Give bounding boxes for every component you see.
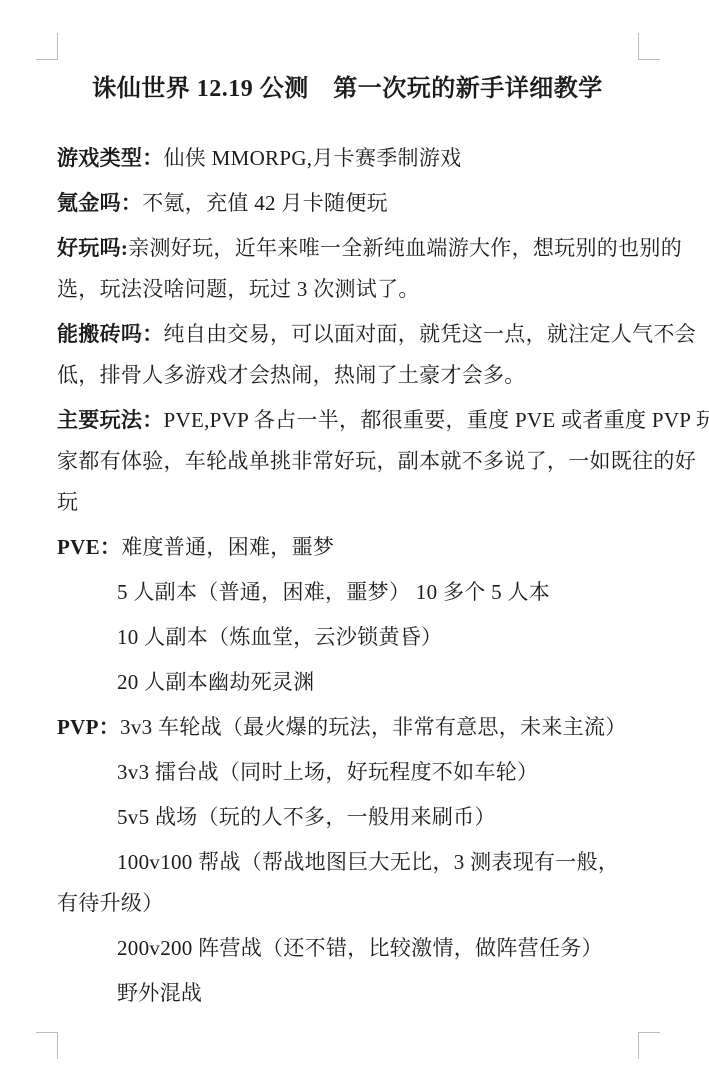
text-pve-dungeon-10: 10 人副本（炼血堂，云沙锁黄昏）: [117, 625, 442, 649]
text-pvp-guild-war-1: 100v100 帮战（帮战地图巨大无比，3 测表现有一般，: [117, 850, 619, 874]
text-fun-2: 选，玩法没啥问题，玩过 3 次测试了。: [57, 277, 420, 301]
text-gameplay-1: PVE,PVP 各占一半，都很重要，重度 PVE 或者重度 PVP 玩: [164, 408, 709, 432]
text-pvp-guild-war-2: 有待升级）: [57, 891, 164, 915]
line-pve-dungeon-20: 20 人副本幽劫死灵渊: [57, 662, 638, 703]
line-pvp-faction-war: 200v200 阵营战（还不错，比较激情，做阵营任务）: [57, 928, 638, 969]
text-farming-1: 纯自由交易，可以面对面，就凭这一点，就注定人气不会: [164, 322, 697, 346]
label-game-type: 游戏类型：: [57, 146, 164, 170]
line-farming-2: 低，排骨人多游戏才会热闹，热闹了土豪才会多。: [57, 355, 638, 396]
text-game-type: 仙侠 MMORPG,月卡赛季制游戏: [164, 146, 462, 170]
line-pvp-guild-war-2: 有待升级）: [57, 883, 638, 924]
label-pvp: PVP：: [57, 707, 120, 748]
page-title: 诛仙世界 12.19 公测 第一次玩的新手详细教学: [57, 69, 638, 110]
text-gameplay-3: 玩: [57, 490, 78, 514]
label-krypton: 氪金吗：: [57, 191, 142, 215]
text-pve-difficulty: 难度普通，困难，噩梦: [121, 535, 334, 559]
line-fun-2: 选，玩法没啥问题，玩过 3 次测试了。: [57, 269, 638, 310]
crop-mark-bottom-right: [638, 1032, 660, 1059]
label-pve: PVE：: [57, 527, 121, 568]
crop-mark-top-left: [36, 33, 58, 60]
text-pvp-open-world: 野外混战: [117, 981, 202, 1005]
line-farming-1: 能搬砖吗：纯自由交易，可以面对面，就凭这一点，就注定人气不会: [57, 314, 638, 355]
text-pvp-arena: 3v3 擂台战（同时上场，好玩程度不如车轮）: [117, 760, 538, 784]
text-pvp-battlefield: 5v5 战场（玩的人不多，一般用来刷币）: [117, 805, 496, 829]
line-pvp-battlefield: 5v5 战场（玩的人不多，一般用来刷币）: [57, 797, 638, 838]
text-krypton: 不氪，充值 42 月卡随便玩: [142, 191, 388, 215]
line-fun-1: 好玩吗:亲测好玩，近年来唯一全新纯血端游大作，想玩别的也别的: [57, 228, 638, 269]
line-pvp-guild-war-1: 100v100 帮战（帮战地图巨大无比，3 测表现有一般，: [57, 842, 638, 883]
text-fun-1: 亲测好玩，近年来唯一全新纯血端游大作，想玩别的也别的: [128, 236, 682, 260]
crop-mark-top-right: [638, 33, 660, 60]
crop-mark-bottom-left: [36, 1032, 58, 1059]
document-body: 诛仙世界 12.19 公测 第一次玩的新手详细教学 游戏类型：仙侠 MMORPG…: [57, 59, 638, 1014]
text-gameplay-2: 家都有体验，车轮战单挑非常好玩，副本就不多说了，一如既往的好: [57, 449, 696, 473]
line-pve-dungeon-5: 5 人副本（普通，困难，噩梦） 10 多个 5 人本: [57, 572, 638, 613]
text-pvp-faction-war: 200v200 阵营战（还不错，比较激情，做阵营任务）: [117, 936, 603, 960]
label-fun: 好玩吗:: [57, 236, 128, 260]
line-gameplay-3: 玩: [57, 482, 638, 523]
text-pve-dungeon-20: 20 人副本幽劫死灵渊: [117, 670, 315, 694]
document-page: { "page": { "background": "#ffffff", "te…: [0, 0, 709, 1066]
line-gameplay-1: 主要玩法：PVE,PVP 各占一半，都很重要，重度 PVE 或者重度 PVP 玩: [57, 400, 638, 441]
text-farming-2: 低，排骨人多游戏才会热闹，热闹了土豪才会多。: [57, 363, 526, 387]
text-pvp-wheel-war: 3v3 车轮战（最火爆的玩法，非常有意思，未来主流）: [120, 715, 627, 739]
line-game-type: 游戏类型：仙侠 MMORPG,月卡赛季制游戏: [57, 138, 638, 179]
label-gameplay: 主要玩法：: [57, 408, 164, 432]
line-pve-header: PVE：难度普通，困难，噩梦: [57, 527, 638, 568]
label-farming: 能搬砖吗：: [57, 322, 164, 346]
line-gameplay-2: 家都有体验，车轮战单挑非常好玩，副本就不多说了，一如既往的好: [57, 441, 638, 482]
line-pvp-header: PVP：3v3 车轮战（最火爆的玩法，非常有意思，未来主流）: [57, 707, 638, 748]
line-pvp-arena: 3v3 擂台战（同时上场，好玩程度不如车轮）: [57, 752, 638, 793]
text-pve-dungeon-5: 5 人副本（普通，困难，噩梦） 10 多个 5 人本: [117, 580, 550, 604]
line-pvp-open-world: 野外混战: [57, 973, 638, 1014]
line-krypton: 氪金吗：不氪，充值 42 月卡随便玩: [57, 183, 638, 224]
line-pve-dungeon-10: 10 人副本（炼血堂，云沙锁黄昏）: [57, 617, 638, 658]
